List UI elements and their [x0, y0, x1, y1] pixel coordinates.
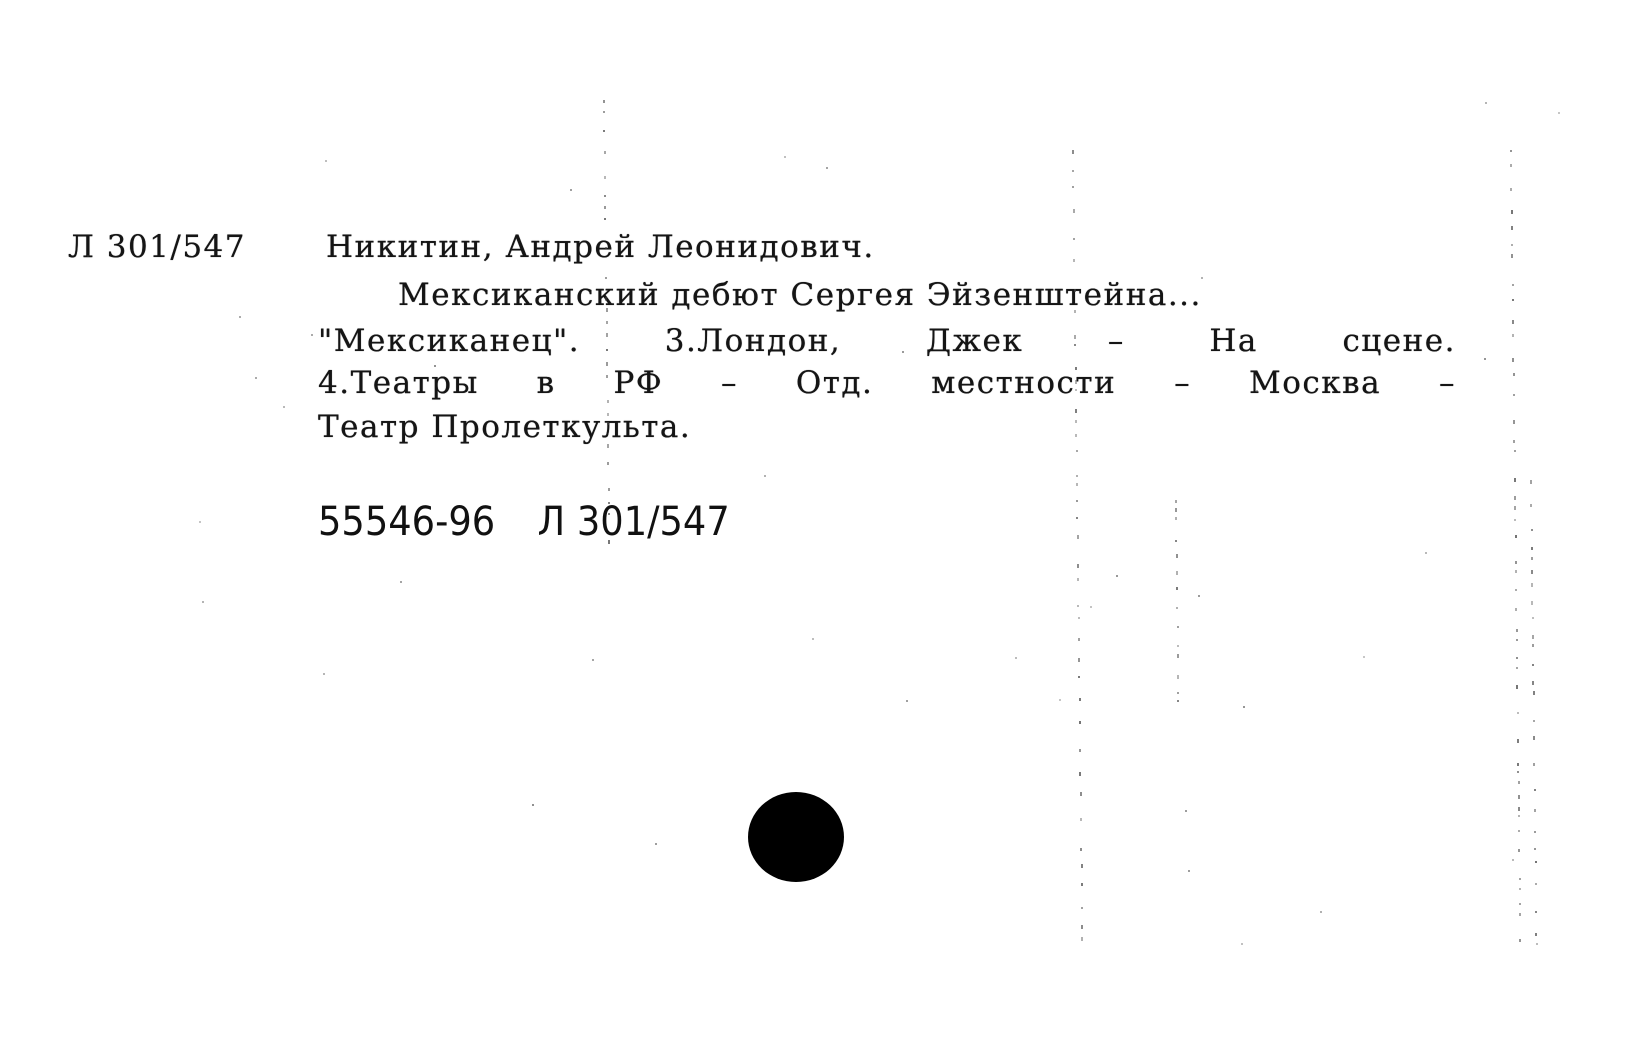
- scan-speck: [1485, 102, 1487, 104]
- subject-word: РФ: [613, 368, 663, 399]
- scan-speck: [1512, 859, 1514, 861]
- scan-speck: [1073, 238, 1075, 240]
- scan-speck: [1516, 685, 1518, 689]
- scan-speck: [1176, 607, 1178, 609]
- scan-speck: [323, 673, 325, 675]
- scan-speck: [1516, 657, 1518, 659]
- scan-speck: [1075, 420, 1077, 423]
- scan-speck: [655, 843, 657, 845]
- scan-speck: [1515, 561, 1517, 564]
- scan-speck: [1511, 210, 1513, 214]
- subject-word: –: [1439, 368, 1456, 399]
- scan-speck: [1518, 781, 1520, 784]
- scan-speck: [1517, 739, 1519, 743]
- scan-speck: [1513, 373, 1515, 376]
- scan-speck: [1074, 289, 1076, 292]
- subject-word: Джек: [926, 326, 1023, 357]
- scan-speck: [1074, 335, 1076, 339]
- subject-word: –: [721, 368, 738, 399]
- scan-speck: [1514, 519, 1516, 521]
- scan-speck: [608, 488, 610, 491]
- subject-word: Москва: [1249, 368, 1381, 399]
- scan-speck: [1532, 664, 1534, 666]
- subject-line-3: "Мексиканец". 3.Лондон, Джек – На сцене.: [318, 326, 1456, 357]
- scan-speck: [1078, 676, 1080, 678]
- scan-speck: [1081, 937, 1083, 941]
- scan-speck: [1198, 595, 1200, 597]
- scan-speck: [1256, 390, 1258, 392]
- scan-speck: [1532, 635, 1534, 639]
- scan-speck: [1484, 358, 1486, 360]
- subject-word: сцене.: [1342, 326, 1456, 357]
- scan-speck: [906, 700, 908, 702]
- accession-number: 55546-96: [318, 499, 495, 545]
- scan-speck: [1518, 807, 1520, 811]
- scan-speck: [1175, 508, 1177, 512]
- scan-speck: [1080, 848, 1082, 851]
- call-number: Л 301/547: [68, 232, 246, 263]
- scan-speck: [1116, 575, 1118, 577]
- scan-speck: [199, 521, 201, 523]
- scan-speck: [1517, 712, 1519, 714]
- scan-speck: [604, 195, 606, 197]
- scan-speck: [1531, 557, 1533, 560]
- scan-speck: [1535, 911, 1537, 913]
- punch-hole: [748, 792, 844, 882]
- scan-speck: [1059, 699, 1061, 701]
- scan-speck: [1533, 763, 1535, 766]
- scan-speck: [605, 277, 607, 279]
- scan-speck: [1074, 310, 1076, 313]
- scan-speck: [1015, 657, 1017, 659]
- scan-speck: [325, 160, 327, 162]
- scan-speck: [1514, 506, 1516, 510]
- scan-speck: [1531, 570, 1533, 574]
- subject-line-5: Театр Пролеткульта.: [318, 412, 691, 443]
- scan-speck: [1535, 861, 1537, 863]
- subject-word: "Мексиканец".: [318, 326, 580, 357]
- scan-speck: [1514, 496, 1516, 500]
- scan-speck: [1176, 587, 1178, 590]
- footer-call-number: Л 301/547: [537, 499, 729, 545]
- scan-speck: [1177, 692, 1179, 694]
- scan-speck: [400, 581, 402, 583]
- scan-speck: [1079, 749, 1081, 752]
- scan-speck: [1512, 320, 1514, 324]
- scan-speck: [1081, 907, 1083, 909]
- scan-speck: [434, 365, 436, 367]
- footer-line: 55546-96Л 301/547: [318, 502, 730, 542]
- scan-speck: [603, 130, 605, 132]
- scan-speck: [1510, 188, 1512, 191]
- scan-speck: [239, 316, 241, 318]
- scan-speck: [1534, 831, 1536, 833]
- scan-speck: [1188, 870, 1190, 872]
- scan-speck: [1090, 606, 1092, 608]
- scan-speck: [607, 400, 609, 403]
- scan-speck: [1176, 554, 1178, 558]
- subject-word: местности: [931, 368, 1116, 399]
- subject-word: 4.Театры: [318, 368, 479, 399]
- scan-speck: [1514, 478, 1516, 482]
- scan-speck: [1512, 284, 1514, 286]
- scan-speck: [1076, 483, 1078, 486]
- scan-speck: [1177, 645, 1179, 647]
- scan-speck: [606, 362, 608, 366]
- scan-speck: [1081, 925, 1083, 929]
- scan-speck: [1513, 394, 1515, 396]
- scan-speck: [1512, 334, 1514, 337]
- scan-speck: [1516, 639, 1518, 641]
- scan-speck: [812, 638, 814, 640]
- scan-speck: [424, 241, 426, 243]
- scan-speck: [1534, 789, 1536, 791]
- scan-speck: [603, 111, 605, 113]
- scan-speck: [1076, 475, 1078, 477]
- scan-speck: [1177, 700, 1179, 702]
- scan-speck: [1531, 529, 1533, 531]
- scan-speck: [1535, 933, 1537, 936]
- scan-speck: [592, 659, 594, 661]
- scan-speck: [1534, 809, 1536, 812]
- scan-speck: [255, 377, 257, 379]
- scan-speck: [1072, 170, 1074, 172]
- scan-speck: [1079, 772, 1081, 776]
- scan-speck: [605, 297, 607, 301]
- scan-speck: [1510, 164, 1512, 167]
- scan-speck: [1517, 771, 1519, 773]
- scan-speck: [1518, 795, 1520, 799]
- scan-speck: [1081, 864, 1083, 868]
- scan-speck: [1177, 626, 1179, 628]
- scan-speck: [608, 502, 610, 504]
- scan-speck: [1078, 617, 1080, 619]
- scan-speck: [1201, 277, 1203, 279]
- scan-speck: [784, 156, 786, 158]
- subject-word: в: [537, 368, 556, 399]
- scan-speck: [1519, 939, 1521, 942]
- scan-speck: [1075, 389, 1077, 391]
- scan-speck: [1531, 547, 1533, 550]
- scan-speck: [604, 151, 606, 154]
- scan-speck: [1072, 150, 1074, 154]
- subject-line-4: 4.Театры в РФ – Отд. местности – Москва …: [318, 368, 1456, 399]
- scan-speck: [1516, 667, 1518, 669]
- scan-speck: [606, 349, 608, 351]
- scan-speck: [1077, 564, 1079, 568]
- scan-speck: [1078, 638, 1080, 641]
- scan-speck: [1515, 589, 1517, 591]
- scan-speck: [1533, 736, 1535, 740]
- scan-speck: [1080, 818, 1082, 821]
- scan-speck: [607, 413, 609, 416]
- scan-speck: [1185, 810, 1187, 812]
- scan-speck: [1513, 420, 1515, 424]
- subject-word: 3.Лондон,: [665, 326, 842, 357]
- scan-speck: [1077, 578, 1079, 581]
- scan-speck: [1079, 721, 1081, 724]
- scan-speck: [1511, 244, 1513, 246]
- scan-speck: [1511, 226, 1513, 230]
- scan-speck: [607, 462, 609, 465]
- scan-speck: [604, 206, 606, 209]
- scan-speck: [570, 189, 572, 191]
- scan-speck: [1075, 367, 1077, 370]
- author-heading: Никитин, Андрей Леонидович.: [326, 232, 875, 263]
- scan-speck: [1536, 943, 1538, 945]
- scan-speck: [1530, 480, 1532, 484]
- scan-speck: [1080, 792, 1082, 796]
- scan-speck: [606, 321, 608, 324]
- scan-speck: [1079, 698, 1081, 701]
- scan-speck: [1517, 763, 1519, 766]
- scan-speck: [1425, 552, 1427, 554]
- scan-speck: [608, 513, 610, 515]
- scan-speck: [1531, 601, 1533, 605]
- scan-speck: [1075, 380, 1077, 384]
- scan-speck: [1076, 450, 1078, 452]
- scan-speck: [1175, 540, 1177, 542]
- scan-speck: [202, 601, 204, 603]
- scan-speck: [1518, 830, 1520, 832]
- scan-speck: [1512, 358, 1514, 362]
- scan-speck: [1363, 656, 1365, 658]
- scan-speck: [764, 475, 766, 477]
- scan-speck: [1175, 500, 1177, 503]
- subject-word: На: [1209, 326, 1258, 357]
- scan-speck: [604, 218, 606, 220]
- scan-speck: [1519, 913, 1521, 916]
- scan-speck: [1515, 535, 1517, 538]
- scan-speck: [1510, 150, 1512, 152]
- scan-speck: [1532, 617, 1534, 619]
- scan-speck: [1176, 571, 1178, 575]
- scan-speck: [1513, 440, 1515, 443]
- scan-speck: [1320, 911, 1322, 913]
- scan-speck: [1076, 517, 1078, 519]
- scan-speck: [1073, 209, 1075, 213]
- subject-word: Отд.: [796, 368, 874, 399]
- scan-speck: [1516, 629, 1518, 632]
- scan-speck: [1077, 605, 1079, 607]
- scan-speck: [87, 255, 89, 257]
- scan-speck: [1243, 706, 1245, 708]
- scan-speck: [1511, 254, 1513, 258]
- scan-speck: [902, 351, 904, 353]
- scan-speck: [1512, 299, 1514, 301]
- scan-speck: [1518, 815, 1520, 817]
- scan-speck: [1531, 583, 1533, 587]
- scan-speck: [1533, 720, 1535, 722]
- scan-speck: [1533, 691, 1535, 695]
- scan-speck: [1075, 409, 1077, 413]
- scan-speck: [606, 333, 608, 337]
- subject-word: –: [1108, 326, 1125, 357]
- scan-speck: [1518, 849, 1520, 852]
- scan-speck: [608, 540, 610, 544]
- scan-speck: [1532, 644, 1534, 647]
- title-line: Мексиканский дебют Сергея Эйзенштейна...: [398, 280, 1202, 311]
- scan-speck: [1558, 112, 1560, 114]
- scan-speck: [1519, 903, 1521, 905]
- scan-speck: [1078, 658, 1080, 662]
- scan-speck: [1514, 450, 1516, 452]
- scan-speck: [1530, 504, 1532, 507]
- scan-speck: [826, 167, 828, 169]
- scan-speck: [1535, 883, 1537, 885]
- scan-speck: [606, 375, 608, 378]
- scan-speck: [607, 422, 609, 425]
- scan-speck: [1177, 675, 1179, 679]
- scan-speck: [1073, 259, 1075, 262]
- scan-speck: [1519, 888, 1521, 890]
- scan-speck: [311, 334, 313, 336]
- scan-speck: [1076, 500, 1078, 502]
- scan-speck: [1532, 681, 1534, 685]
- scan-speck: [1074, 344, 1076, 346]
- scan-speck: [607, 444, 609, 448]
- scan-speck: [532, 804, 534, 806]
- scan-speck: [1081, 883, 1083, 886]
- scan-speck: [1077, 535, 1079, 539]
- scan-speck: [1175, 517, 1177, 520]
- scan-speck: [1241, 943, 1243, 945]
- scan-speck: [1072, 186, 1074, 188]
- scan-speck: [1075, 434, 1077, 437]
- scan-speck: [1177, 654, 1179, 658]
- scan-speck: [1515, 608, 1517, 611]
- scan-speck: [604, 176, 606, 179]
- scan-speck: [283, 406, 285, 408]
- scan-speck: [1519, 878, 1521, 880]
- scan-speck: [603, 100, 605, 103]
- scan-speck: [1515, 570, 1517, 573]
- scan-speck: [605, 247, 607, 249]
- scan-speck: [1534, 848, 1536, 850]
- catalog-card: Л 301/547 Никитин, Андрей Леонидович. Ме…: [0, 0, 1632, 1056]
- subject-word: –: [1174, 368, 1191, 399]
- scan-speck: [606, 308, 608, 312]
